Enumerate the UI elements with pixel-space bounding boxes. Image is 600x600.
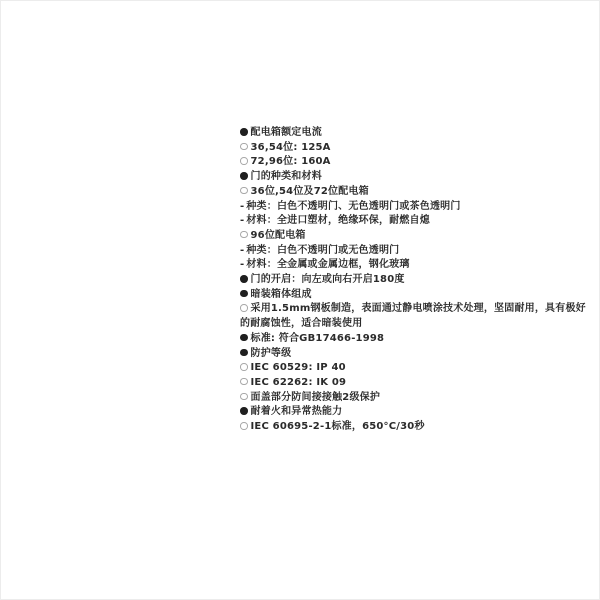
dash-marker: -	[240, 244, 244, 259]
spec-line: 36位,54位及72位配电箱	[240, 185, 596, 200]
spec-text: 防护等级	[251, 348, 292, 359]
spec-line: IEC 60695-2-1标准，650°C/30秒	[240, 420, 596, 435]
spec-line: IEC 60529: IP 40	[240, 361, 596, 376]
spec-line: 36,54位: 125A	[240, 141, 596, 156]
bullet-filled-icon	[240, 407, 248, 415]
spec-text: 材料：全金属或金属边框，钢化玻璃	[246, 259, 409, 270]
spec-line: 门的开启：向左或向右开启180度	[240, 273, 596, 288]
bullet-hollow-icon	[240, 231, 248, 239]
bullet-hollow-icon	[240, 304, 248, 312]
spec-text: 门的种类和材料	[251, 171, 322, 182]
spec-text: 72,96位: 160A	[251, 156, 331, 167]
spec-line: IEC 62262: IK 09	[240, 376, 596, 391]
spec-line: -种类：白色不透明门或无色透明门	[240, 244, 596, 259]
spec-text: 面盖部分防间接接触2级保护	[251, 392, 381, 403]
bullet-hollow-icon	[240, 393, 248, 401]
product-spec-page: 配电箱额定电流36,54位: 125A72,96位: 160A门的种类和材料36…	[0, 0, 600, 600]
spec-line: -材料：全金属或金属边框，钢化玻璃	[240, 258, 596, 273]
spec-text: 采用1.5mm钢板制造，表面通过静电喷涂技术处理，坚固耐用，具有极好的耐腐蚀性，…	[240, 303, 586, 329]
dash-marker: -	[240, 214, 244, 229]
spec-line: -材料：全进口塑材，绝缘环保，耐燃自熄	[240, 214, 596, 229]
bullet-filled-icon	[240, 349, 248, 357]
dash-marker: -	[240, 258, 244, 273]
spec-line: 96位配电箱	[240, 229, 596, 244]
bullet-filled-icon	[240, 290, 248, 298]
spec-text: IEC 60695-2-1标准，650°C/30秒	[251, 421, 425, 432]
spec-text: IEC 60529: IP 40	[251, 362, 346, 373]
spec-text: 耐着火和异常热能力	[251, 406, 343, 417]
spec-line: 防护等级	[240, 347, 596, 362]
spec-line: 耐着火和异常热能力	[240, 405, 596, 420]
spec-line: 标准: 符合GB17466-1998	[240, 332, 596, 347]
spec-line: 采用1.5mm钢板制造，表面通过静电喷涂技术处理，坚固耐用，具有极好的耐腐蚀性，…	[240, 302, 596, 331]
spec-text: 暗装箱体组成	[251, 289, 312, 300]
spec-text: 种类：白色不透明门或无色透明门	[246, 245, 399, 256]
bullet-filled-icon	[240, 128, 248, 136]
bullet-hollow-icon	[240, 157, 248, 165]
bullet-filled-icon	[240, 172, 248, 180]
spec-text: IEC 62262: IK 09	[251, 377, 347, 388]
bullet-hollow-icon	[240, 187, 248, 195]
bullet-hollow-icon	[240, 363, 248, 371]
spec-text: 门的开启：向左或向右开启180度	[251, 274, 405, 285]
spec-text: 标准: 符合GB17466-1998	[251, 333, 385, 344]
spec-line: 门的种类和材料	[240, 170, 596, 185]
bullet-hollow-icon	[240, 378, 248, 386]
spec-line: 72,96位: 160A	[240, 155, 596, 170]
spec-text: 配电箱额定电流	[251, 127, 322, 138]
spec-sheet: 配电箱额定电流36,54位: 125A72,96位: 160A门的种类和材料36…	[240, 126, 596, 435]
spec-line: 面盖部分防间接接触2级保护	[240, 391, 596, 406]
bullet-filled-icon	[240, 275, 248, 283]
bullet-hollow-icon	[240, 143, 248, 151]
spec-line: 暗装箱体组成	[240, 288, 596, 303]
spec-line: 配电箱额定电流	[240, 126, 596, 141]
spec-text: 材料：全进口塑材，绝缘环保，耐燃自熄	[246, 215, 430, 226]
bullet-hollow-icon	[240, 422, 248, 430]
bullet-filled-icon	[240, 334, 248, 342]
spec-text: 种类：白色不透明门、无色透明门或茶色透明门	[246, 201, 460, 212]
spec-line: -种类：白色不透明门、无色透明门或茶色透明门	[240, 200, 596, 215]
spec-text: 36,54位: 125A	[251, 142, 331, 153]
dash-marker: -	[240, 200, 244, 215]
spec-text: 96位配电箱	[251, 230, 306, 241]
spec-text: 36位,54位及72位配电箱	[251, 186, 369, 197]
